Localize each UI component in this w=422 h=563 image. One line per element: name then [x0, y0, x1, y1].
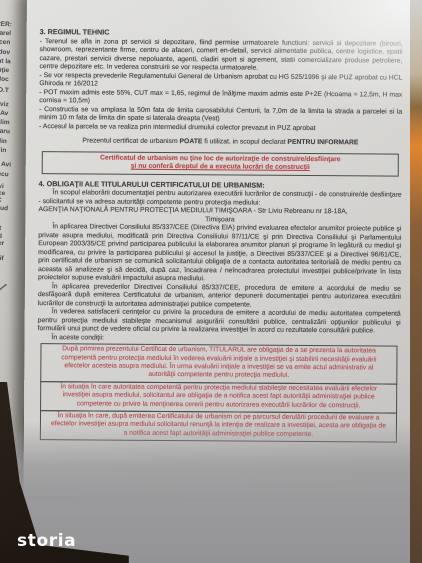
storia-watermark: storia	[17, 531, 76, 551]
background-page-fragment: 1.2. Avi	[0, 160, 11, 168]
background-page-fragment: opţie	[0, 66, 9, 74]
table-edge	[410, 0, 422, 563]
certificate-content: 3. REGIMUL TEHNIC - Terenul se afla in z…	[37, 28, 403, 443]
certificate-page: 3. REGIMUL TEHNIC - Terenul se afla in z…	[23, 0, 417, 499]
section3-item: - Constructia se va amplasa la 50m fata …	[39, 106, 402, 126]
obligation-boxes: După primirea prezentului Certificat de …	[40, 343, 398, 443]
section4-paragraph-3: În aplicarea prevederilor Directivei Con…	[38, 283, 401, 311]
background-page-fragment: lovad	[0, 232, 2, 240]
background-page-fragment: □ alin	[0, 137, 7, 145]
photo-scene: RER:oarel) cen) dovcat laopţie) doc□ D.T…	[0, 0, 422, 563]
background-page-fragment: □ caru	[0, 127, 10, 135]
usage-note-text: fi utilizat, in scopul declarat	[202, 138, 287, 146]
usage-note-text: Prezentul certificat de urbanism	[82, 137, 179, 145]
background-page-fragment: certif	[0, 254, 4, 262]
background-page-fragment: ) Aviz	[0, 100, 9, 108]
background-page-fragment: cumer	[0, 239, 4, 247]
background-page-fragment: ) dov	[0, 48, 10, 56]
background-page-fragment: □ alim	[0, 118, 10, 126]
section3-items: - Terenul se afla in zona pt servicii si…	[39, 38, 403, 134]
section4-paragraph-2: În aplicarea Directivei Consiliului 85/3…	[38, 223, 401, 285]
background-page-fragment: ) cen	[0, 38, 10, 46]
background-page-fragment: □ alin	[0, 146, 7, 154]
background-page-fragment: 3. avi	[0, 182, 4, 190]
background-page-fragment: □ Act	[0, 224, 1, 232]
background-page-fragment: 4. Stud	[0, 204, 8, 212]
usage-note: Prezentul certificat de urbanism POATE f…	[39, 137, 402, 148]
background-page-fragment: □ D.T	[0, 86, 9, 94]
warning-box: Certificatul de urbanism nu ţine loc de …	[42, 151, 399, 177]
background-page-fragment: cat la	[0, 57, 11, 65]
section3-item: - Terenul se afla in zona pt servicii si…	[39, 38, 402, 75]
background-page-fragment: RER:	[0, 20, 12, 28]
usage-note-bold: POATE	[179, 138, 202, 145]
background-page-fragment: .1. Av	[0, 109, 8, 117]
obligation-box: În situaţia în care autoritatea competen…	[40, 381, 397, 414]
obligation-box: În situaţia în care, după emiterea Certi…	[40, 410, 397, 443]
section4-paragraph-4: În vederea satisfacerii cerinţelor cu pr…	[38, 308, 401, 336]
obligation-box: După primirea prezentului Certificat de …	[40, 343, 397, 384]
background-page-fragment: □ secu	[0, 170, 9, 178]
section3-item: - Se vor respecta prevederile Regulament…	[39, 72, 402, 92]
pen-mark	[0, 281, 13, 393]
usage-note-bold: PENTRU INFORMARE	[287, 139, 358, 146]
background-page-fragment: oarel	[0, 29, 11, 37]
background-page-fragment: ) doc	[0, 75, 9, 83]
background-page-fragment: C	[0, 197, 2, 204]
section3-item: - Accesul la parcela se va realiza prin …	[39, 123, 402, 134]
